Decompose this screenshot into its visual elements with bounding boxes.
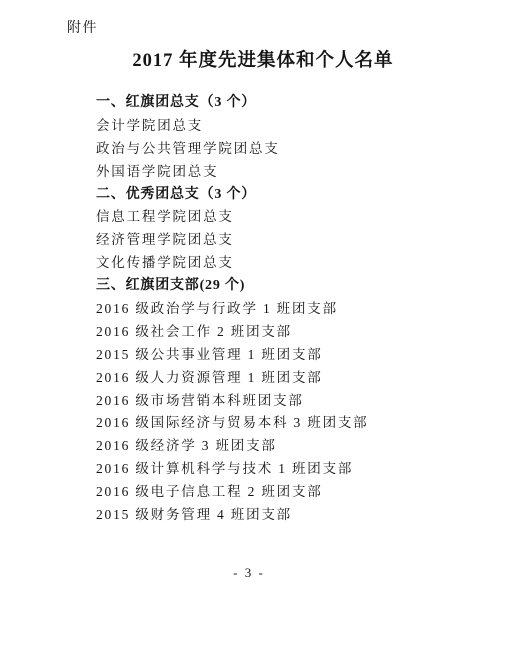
list-item: 2015 级公共事业管理 1 班团支部 <box>96 344 496 367</box>
list-item: 2016 级人力资源管理 1 班团支部 <box>96 367 496 390</box>
list-item: 2016 级社会工作 2 班团支部 <box>96 321 496 344</box>
list-item: 2016 级国际经济与贸易本科 3 班团支部 <box>96 412 496 435</box>
list-item: 2016 级经济学 3 班团支部 <box>96 435 496 458</box>
list-item: 文化传播学院团总支 <box>96 252 496 275</box>
page-number: - 3 - <box>0 565 498 581</box>
attachment-label: 附件 <box>67 17 98 37</box>
list-item: 2016 级政治学与行政学 1 班团支部 <box>96 298 496 321</box>
section-heading: 三、红旗团支部(29 个) <box>96 275 496 298</box>
list-item: 2016 级电子信息工程 2 班团支部 <box>96 481 496 504</box>
document-page: 附件 2017 年度先进集体和个人名单 一、红旗团总支（3 个）会计学院团总支政… <box>0 0 526 649</box>
list-item: 2016 级计算机科学与技术 1 班团支部 <box>96 458 496 481</box>
page-title: 2017 年度先进集体和个人名单 <box>0 46 526 72</box>
list-item: 2016 级市场营销本科班团支部 <box>96 390 496 413</box>
list-item: 信息工程学院团总支 <box>96 206 496 229</box>
list-item: 2015 级财务管理 4 班团支部 <box>96 504 496 527</box>
list-item: 会计学院团总支 <box>96 115 496 138</box>
list-item: 外国语学院团总支 <box>96 161 496 184</box>
section-heading: 一、红旗团总支（3 个） <box>96 92 496 115</box>
list-item: 经济管理学院团总支 <box>96 229 496 252</box>
awards-list: 一、红旗团总支（3 个）会计学院团总支政治与公共管理学院团总支外国语学院团总支二… <box>96 92 496 527</box>
section-heading: 二、优秀团总支（3 个） <box>96 184 496 207</box>
list-item: 政治与公共管理学院团总支 <box>96 138 496 161</box>
